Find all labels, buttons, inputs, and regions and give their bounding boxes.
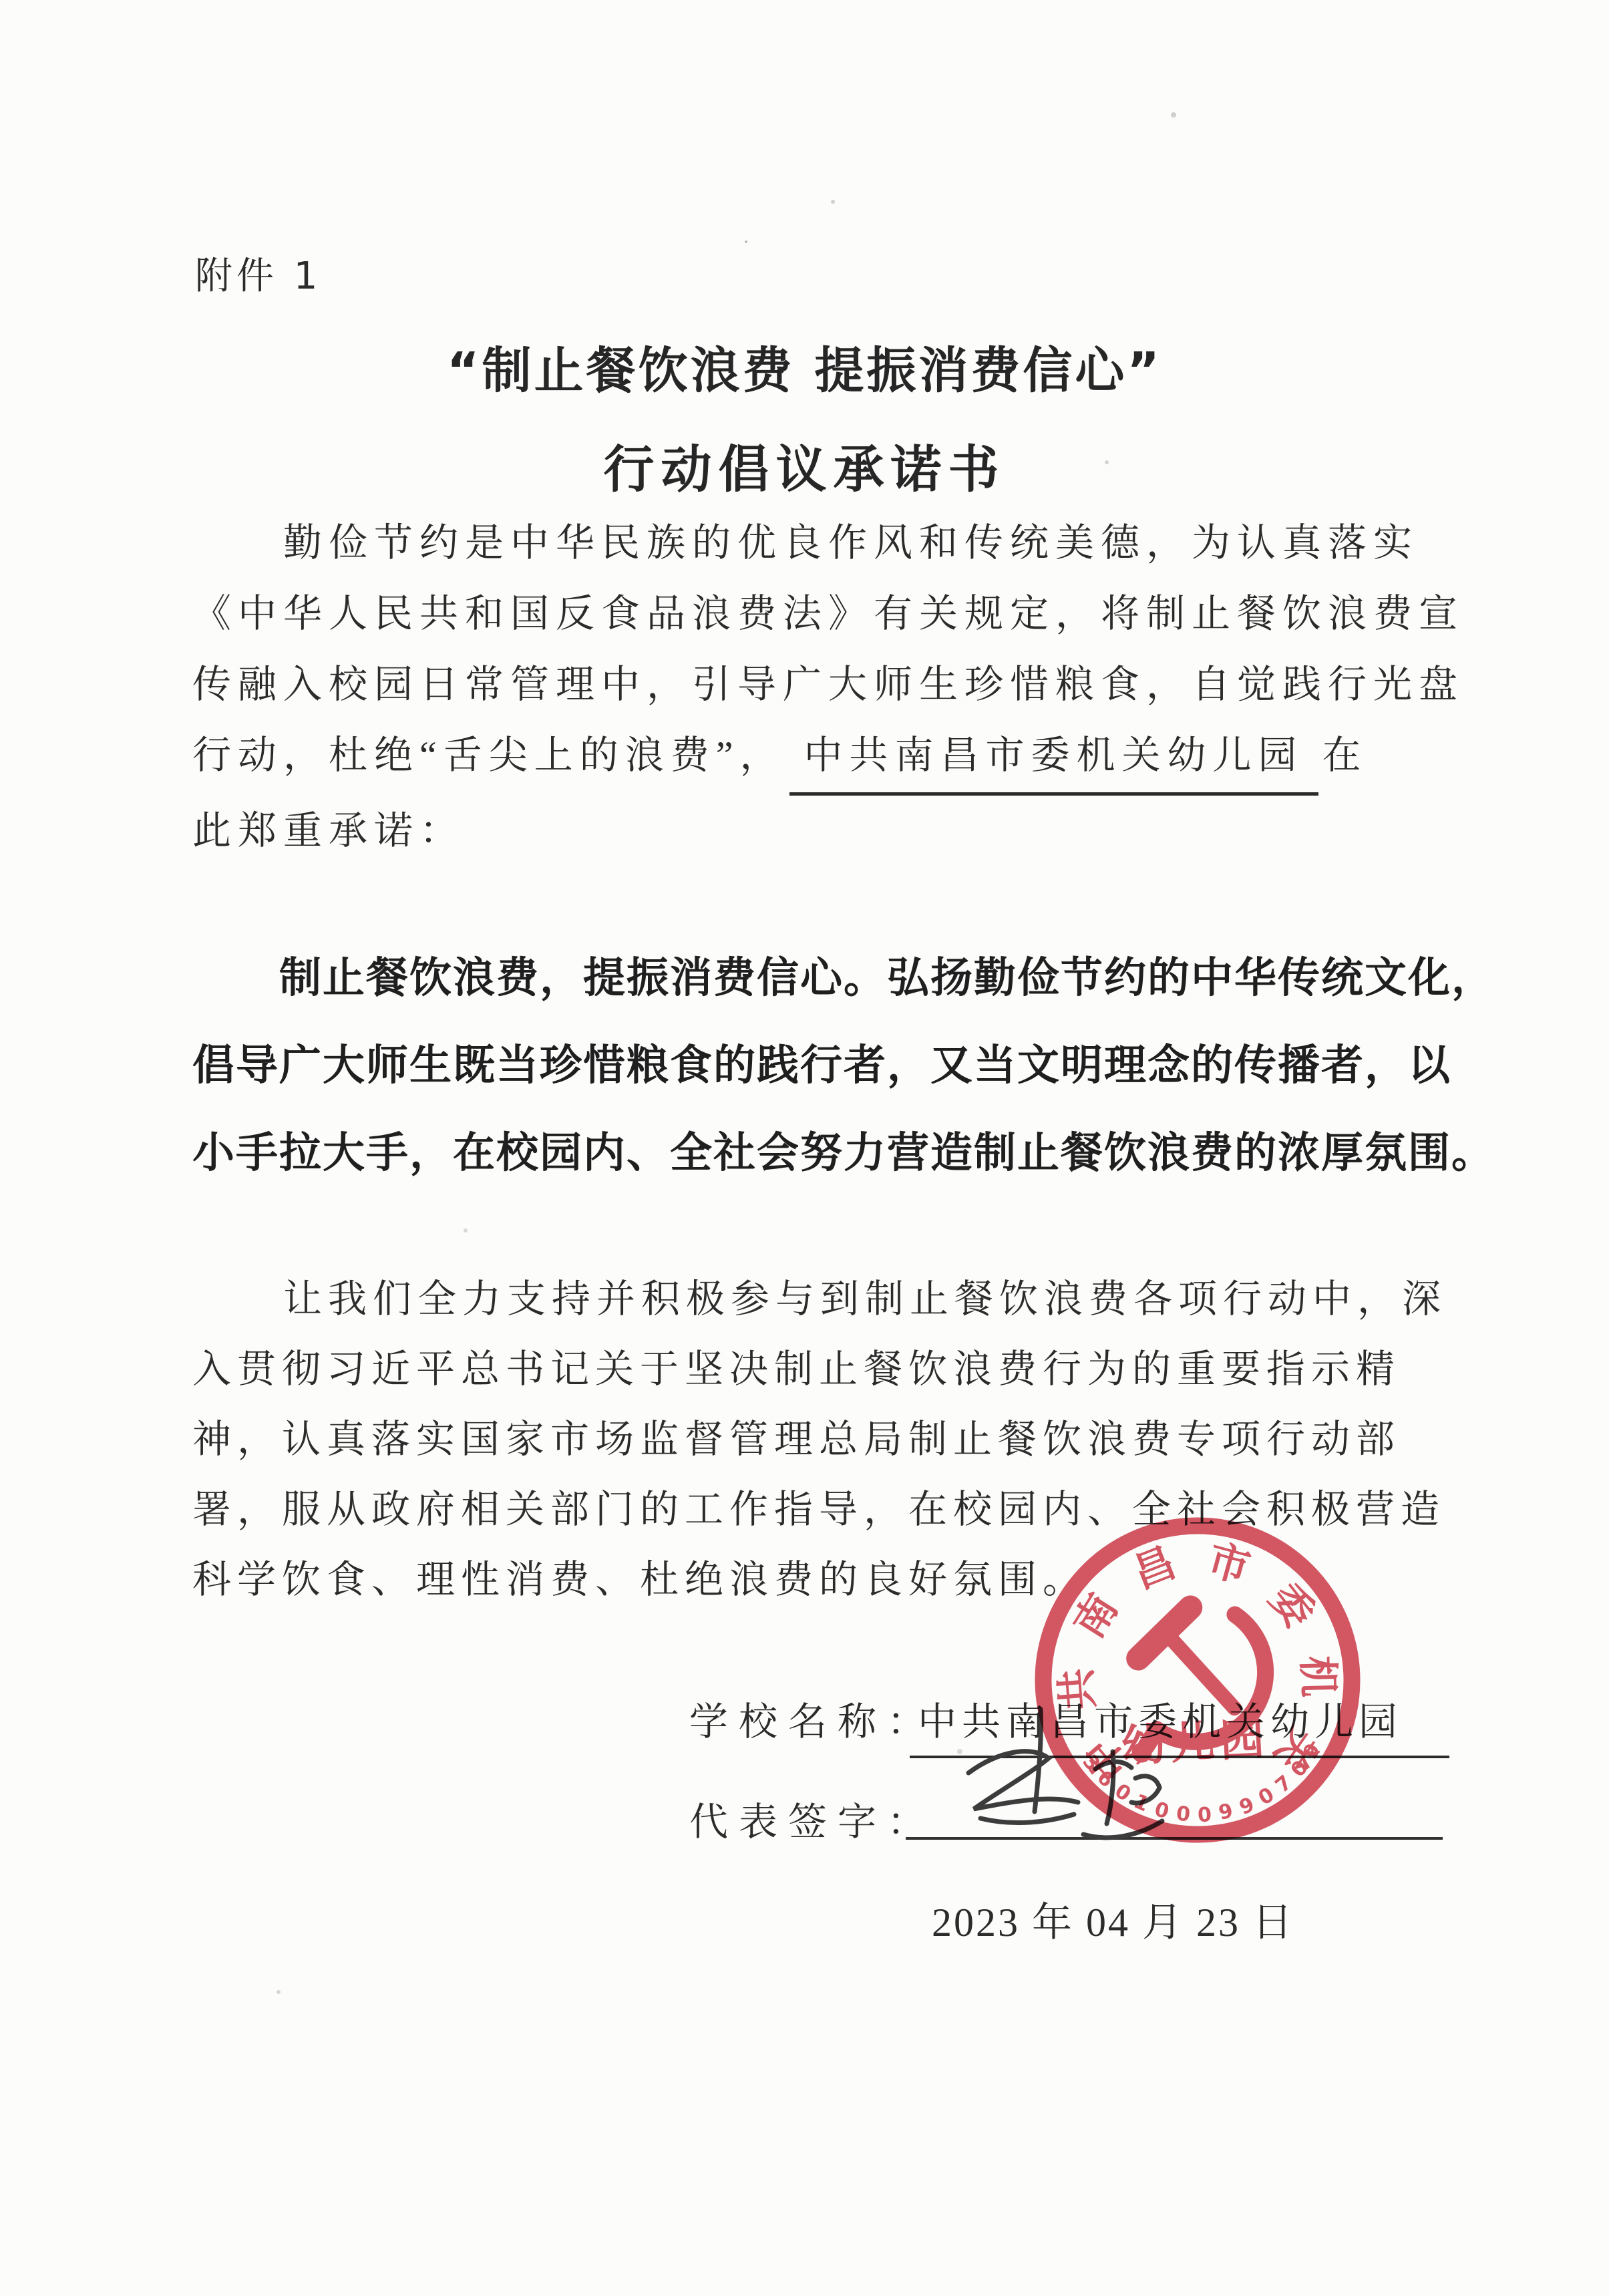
action-line-2: 入贯彻习近平总书记关于坚决制止餐饮浪费行为的重要指示精 [192,1334,1428,1404]
attachment-label: 附件 1 [195,254,321,299]
pledge-line-3: 小手拉大手，在校园内、全社会努力营造制止餐饮浪费的浓厚氛围。 [192,1109,1428,1196]
pledge-line-2: 倡导广大师生既当珍惜粮食的践行者，又当文明理念的传播者，以 [192,1021,1428,1109]
seal-serial-digit: 9 [1217,1802,1235,1824]
intro-line-1: 勤俭节约是中华民族的优良作风和传统美德，为认真落实 [192,508,1428,579]
seal-serial-digit: 7 [1272,1772,1296,1796]
intro-line-5: 此郑重承诺： [192,796,1428,866]
intro-paragraph: 勤俭节约是中华民族的优良作风和传统美德，为认真落实 《中华人民共和国反食品浪费法… [192,508,1428,866]
seal-serial-digit: 0 [1175,1804,1191,1826]
intro-line-3: 传融入校园日常管理中，引导广大师生珍惜粮食，自觉践行光盘 [192,649,1428,720]
intro-line-4-prefix: 行动，杜绝“舌尖上的浪费”， [192,733,785,777]
intro-line-4: 行动，杜绝“舌尖上的浪费”，中共南昌市委机关幼儿园在 [192,720,1428,796]
document-title-line2: 行动倡议承诺书 [0,429,1609,502]
pledge-paragraph-bold: 制止餐饮浪费，提振消费信心。弘扬勤俭节约的中华传统文化， 倡导广大师生既当珍惜粮… [192,934,1428,1196]
representative-signature-label: 代表签字： [689,1789,936,1856]
scanned-commitment-letter-page: 附件 1 “制止餐饮浪费 提振消费信心” 行动倡议承诺书 勤俭节约是中华民族的优… [0,0,1609,2296]
seal-serial-digit: 0 [1255,1785,1277,1809]
school-name-label: 学校名称： [689,1689,936,1756]
action-line-4: 署，服从政府相关部门的工作指导，在校园内、全社会积极营造 [192,1474,1428,1544]
intro-line-4-suffix: 在 [1322,733,1368,777]
action-paragraph: 让我们全力支持并积极参与到制止餐饮浪费各项行动中，深 入贯彻习近平总书记关于坚决… [192,1264,1428,1615]
handwritten-signature [940,1707,1168,1868]
document-title-line1: “制止餐饮浪费 提振消费信心” [0,331,1609,402]
date: 2023 年 04 月 23 日 [932,1889,1294,1956]
action-line-1: 让我们全力支持并积极参与到制止餐饮浪费各项行动中，深 [192,1264,1428,1334]
action-line-5: 科学饮食、理性消费、杜绝浪费的良好氛围。 [192,1544,1428,1615]
school-name-underlined: 中共南昌市委机关幼儿园 [789,720,1318,796]
intro-line-2: 《中华人民共和国反食品浪费法》有关规定，将制止餐饮浪费宣 [192,579,1428,649]
seal-serial-digit: 0 [1197,1805,1212,1826]
action-line-3: 神，认真落实国家市场监督管理总局制止餐饮浪费专项行动部 [192,1404,1428,1474]
pledge-line-1: 制止餐饮浪费，提振消费信心。弘扬勤俭节约的中华传统文化， [192,934,1428,1021]
seal-serial-digit: 0 [1288,1758,1312,1781]
seal-serial-digit: 9 [1237,1794,1257,1818]
